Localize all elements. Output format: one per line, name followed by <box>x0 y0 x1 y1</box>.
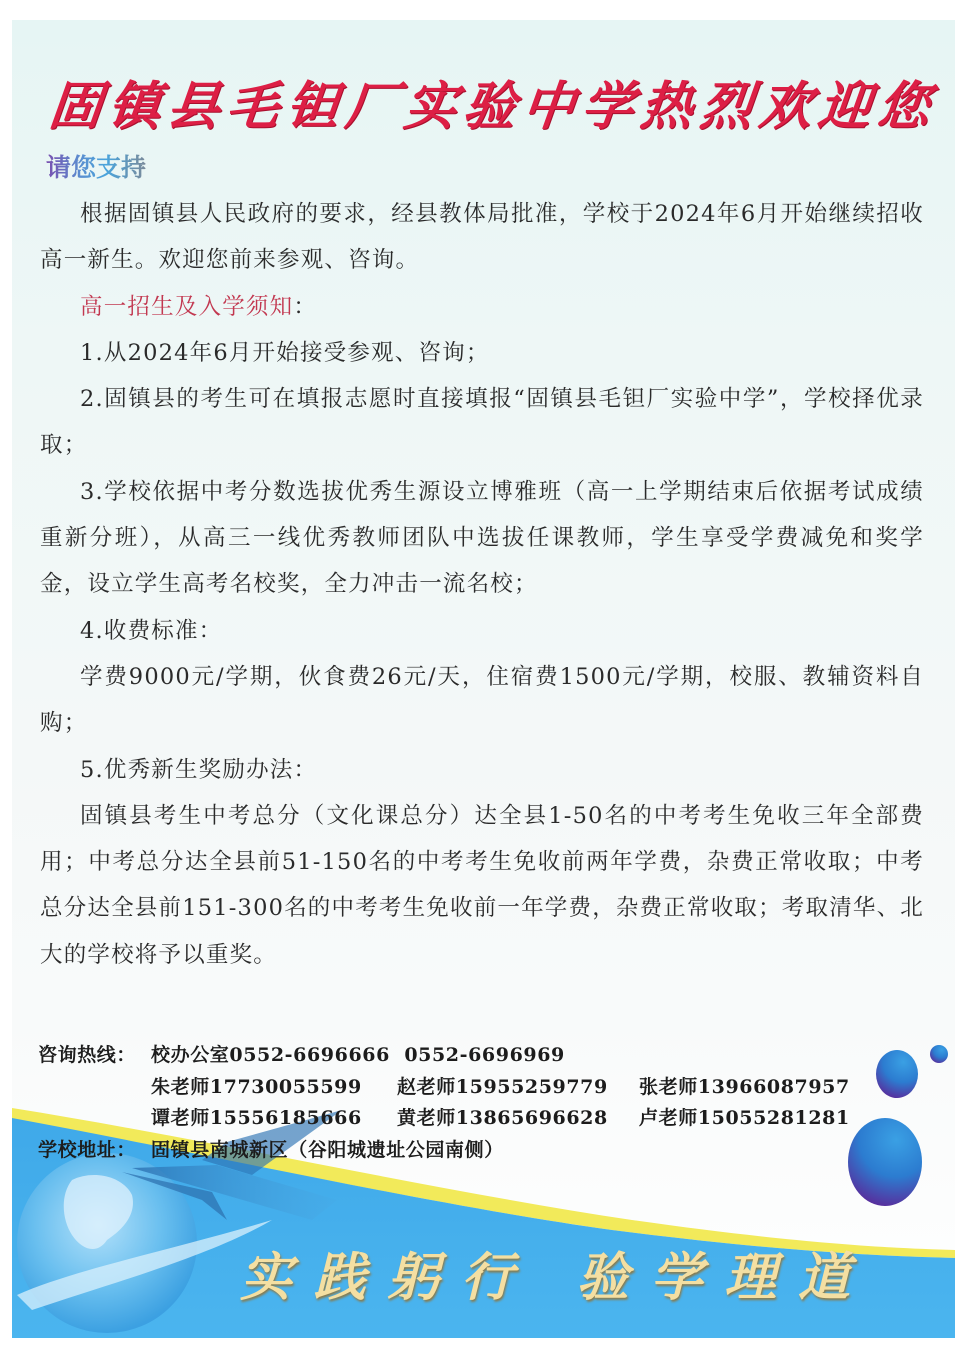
teacher-contact: 谭老师15556185666 <box>151 1103 397 1135</box>
reward-policy-text: 固镇县考生中考总分（文化课总分）达全县1-50名的中考考生免收三年全部费用；中考… <box>40 793 924 978</box>
title-char: 欢 <box>756 64 816 139</box>
notice-heading-text: 高一招生及入学须知 <box>80 294 293 320</box>
slogan-char: 道 <box>798 1235 850 1310</box>
title-char: 厂 <box>342 64 402 139</box>
title-char: 镇 <box>105 64 165 139</box>
slogan-char: 实 <box>240 1235 292 1310</box>
title-char: 迎 <box>815 64 875 139</box>
teacher-contact: 朱老师17730055599 <box>151 1072 397 1104</box>
title-char: 实 <box>401 64 461 139</box>
title-char: 固 <box>46 64 106 139</box>
contact-info: 咨询热线： 校办公室0552-6696666 0552-6696969 朱老师1… <box>38 1040 850 1166</box>
title-char: 中 <box>519 64 579 139</box>
slogan-char: 践 <box>314 1235 366 1310</box>
teacher-row-1: 朱老师17730055599 赵老师15955259779 张老师1396608… <box>38 1072 850 1104</box>
slogan-gap <box>535 1235 555 1310</box>
banner-slogan: 实 践 躬 行 验 学 理 道 <box>240 1235 850 1310</box>
poster-card: 固 镇 县 毛 钽 厂 实 验 中 学 热 烈 欢 迎 您 请您支持 根据固镇县… <box>12 20 955 1338</box>
teacher-contact: 黄老师13865696628 <box>397 1103 639 1135</box>
slogan-char: 验 <box>577 1235 629 1310</box>
intro-paragraph: 根据固镇县人民政府的要求，经县教体局批准，学校于2024年6月开始继续招收高一新… <box>40 191 924 284</box>
title-char: 毛 <box>223 64 283 139</box>
title-char: 烈 <box>697 64 757 139</box>
slogan-char: 学 <box>650 1235 702 1310</box>
title-char: 验 <box>460 64 520 139</box>
decorative-bubble-large <box>848 1118 922 1206</box>
notice-heading-colon: ： <box>293 294 317 320</box>
slogan-char: 理 <box>724 1235 776 1310</box>
title-char: 您 <box>874 64 934 139</box>
notice-item-5-heading: 5.优秀新生奖励办法： <box>40 747 924 793</box>
slogan-char: 行 <box>461 1235 513 1310</box>
subtitle-support: 请您支持 <box>46 148 146 184</box>
decorative-bubble-medium <box>876 1050 918 1098</box>
title-char: 学 <box>578 64 638 139</box>
page-title: 固 镇 县 毛 钽 厂 实 验 中 学 热 烈 欢 迎 您 <box>50 66 930 136</box>
address-text: 固镇县南城新区（谷阳城遗址公园南侧） <box>151 1135 504 1167</box>
title-char: 钽 <box>283 64 343 139</box>
notice-item-2: 2.固镇县的考生可在填报志愿时直接填报“固镇县毛钽厂实验中学”，学校择优录取； <box>40 376 924 469</box>
fee-standard-text: 学费9000元/学期，伙食费26元/天，住宿费1500元/学期，校服、教辅资料自… <box>40 654 924 747</box>
teacher-contact: 张老师13966087957 <box>639 1072 850 1104</box>
notice-item-4-heading: 4.收费标准： <box>40 608 924 654</box>
notice-heading: 高一招生及入学须知： <box>40 284 924 330</box>
office-phones: 校办公室0552-6696666 0552-6696969 <box>151 1040 565 1072</box>
decorative-bubble-small <box>930 1045 948 1063</box>
address-label: 学校地址： <box>38 1135 151 1167</box>
title-char: 热 <box>637 64 697 139</box>
hotline-row: 咨询热线： 校办公室0552-6696666 0552-6696969 <box>38 1040 850 1072</box>
teacher-row-2: 谭老师15556185666 黄老师13865696628 卢老师1505528… <box>38 1103 850 1135</box>
slogan-char: 躬 <box>388 1235 440 1310</box>
notice-item-1: 1.从2024年6月开始接受参观、咨询； <box>40 330 924 376</box>
address-row: 学校地址： 固镇县南城新区（谷阳城遗址公园南侧） <box>38 1135 850 1167</box>
title-char: 县 <box>164 64 224 139</box>
notice-item-3: 3.学校依据中考分数选拔优秀生源设立博雅班（高一上学期结束后依据考试成绩重新分班… <box>40 469 924 608</box>
hotline-label: 咨询热线： <box>38 1040 151 1072</box>
teacher-contact: 卢老师15055281281 <box>639 1103 850 1135</box>
teacher-contact: 赵老师15955259779 <box>397 1072 639 1104</box>
admission-notice-body: 根据固镇县人民政府的要求，经县教体局批准，学校于2024年6月开始继续招收高一新… <box>40 191 924 978</box>
